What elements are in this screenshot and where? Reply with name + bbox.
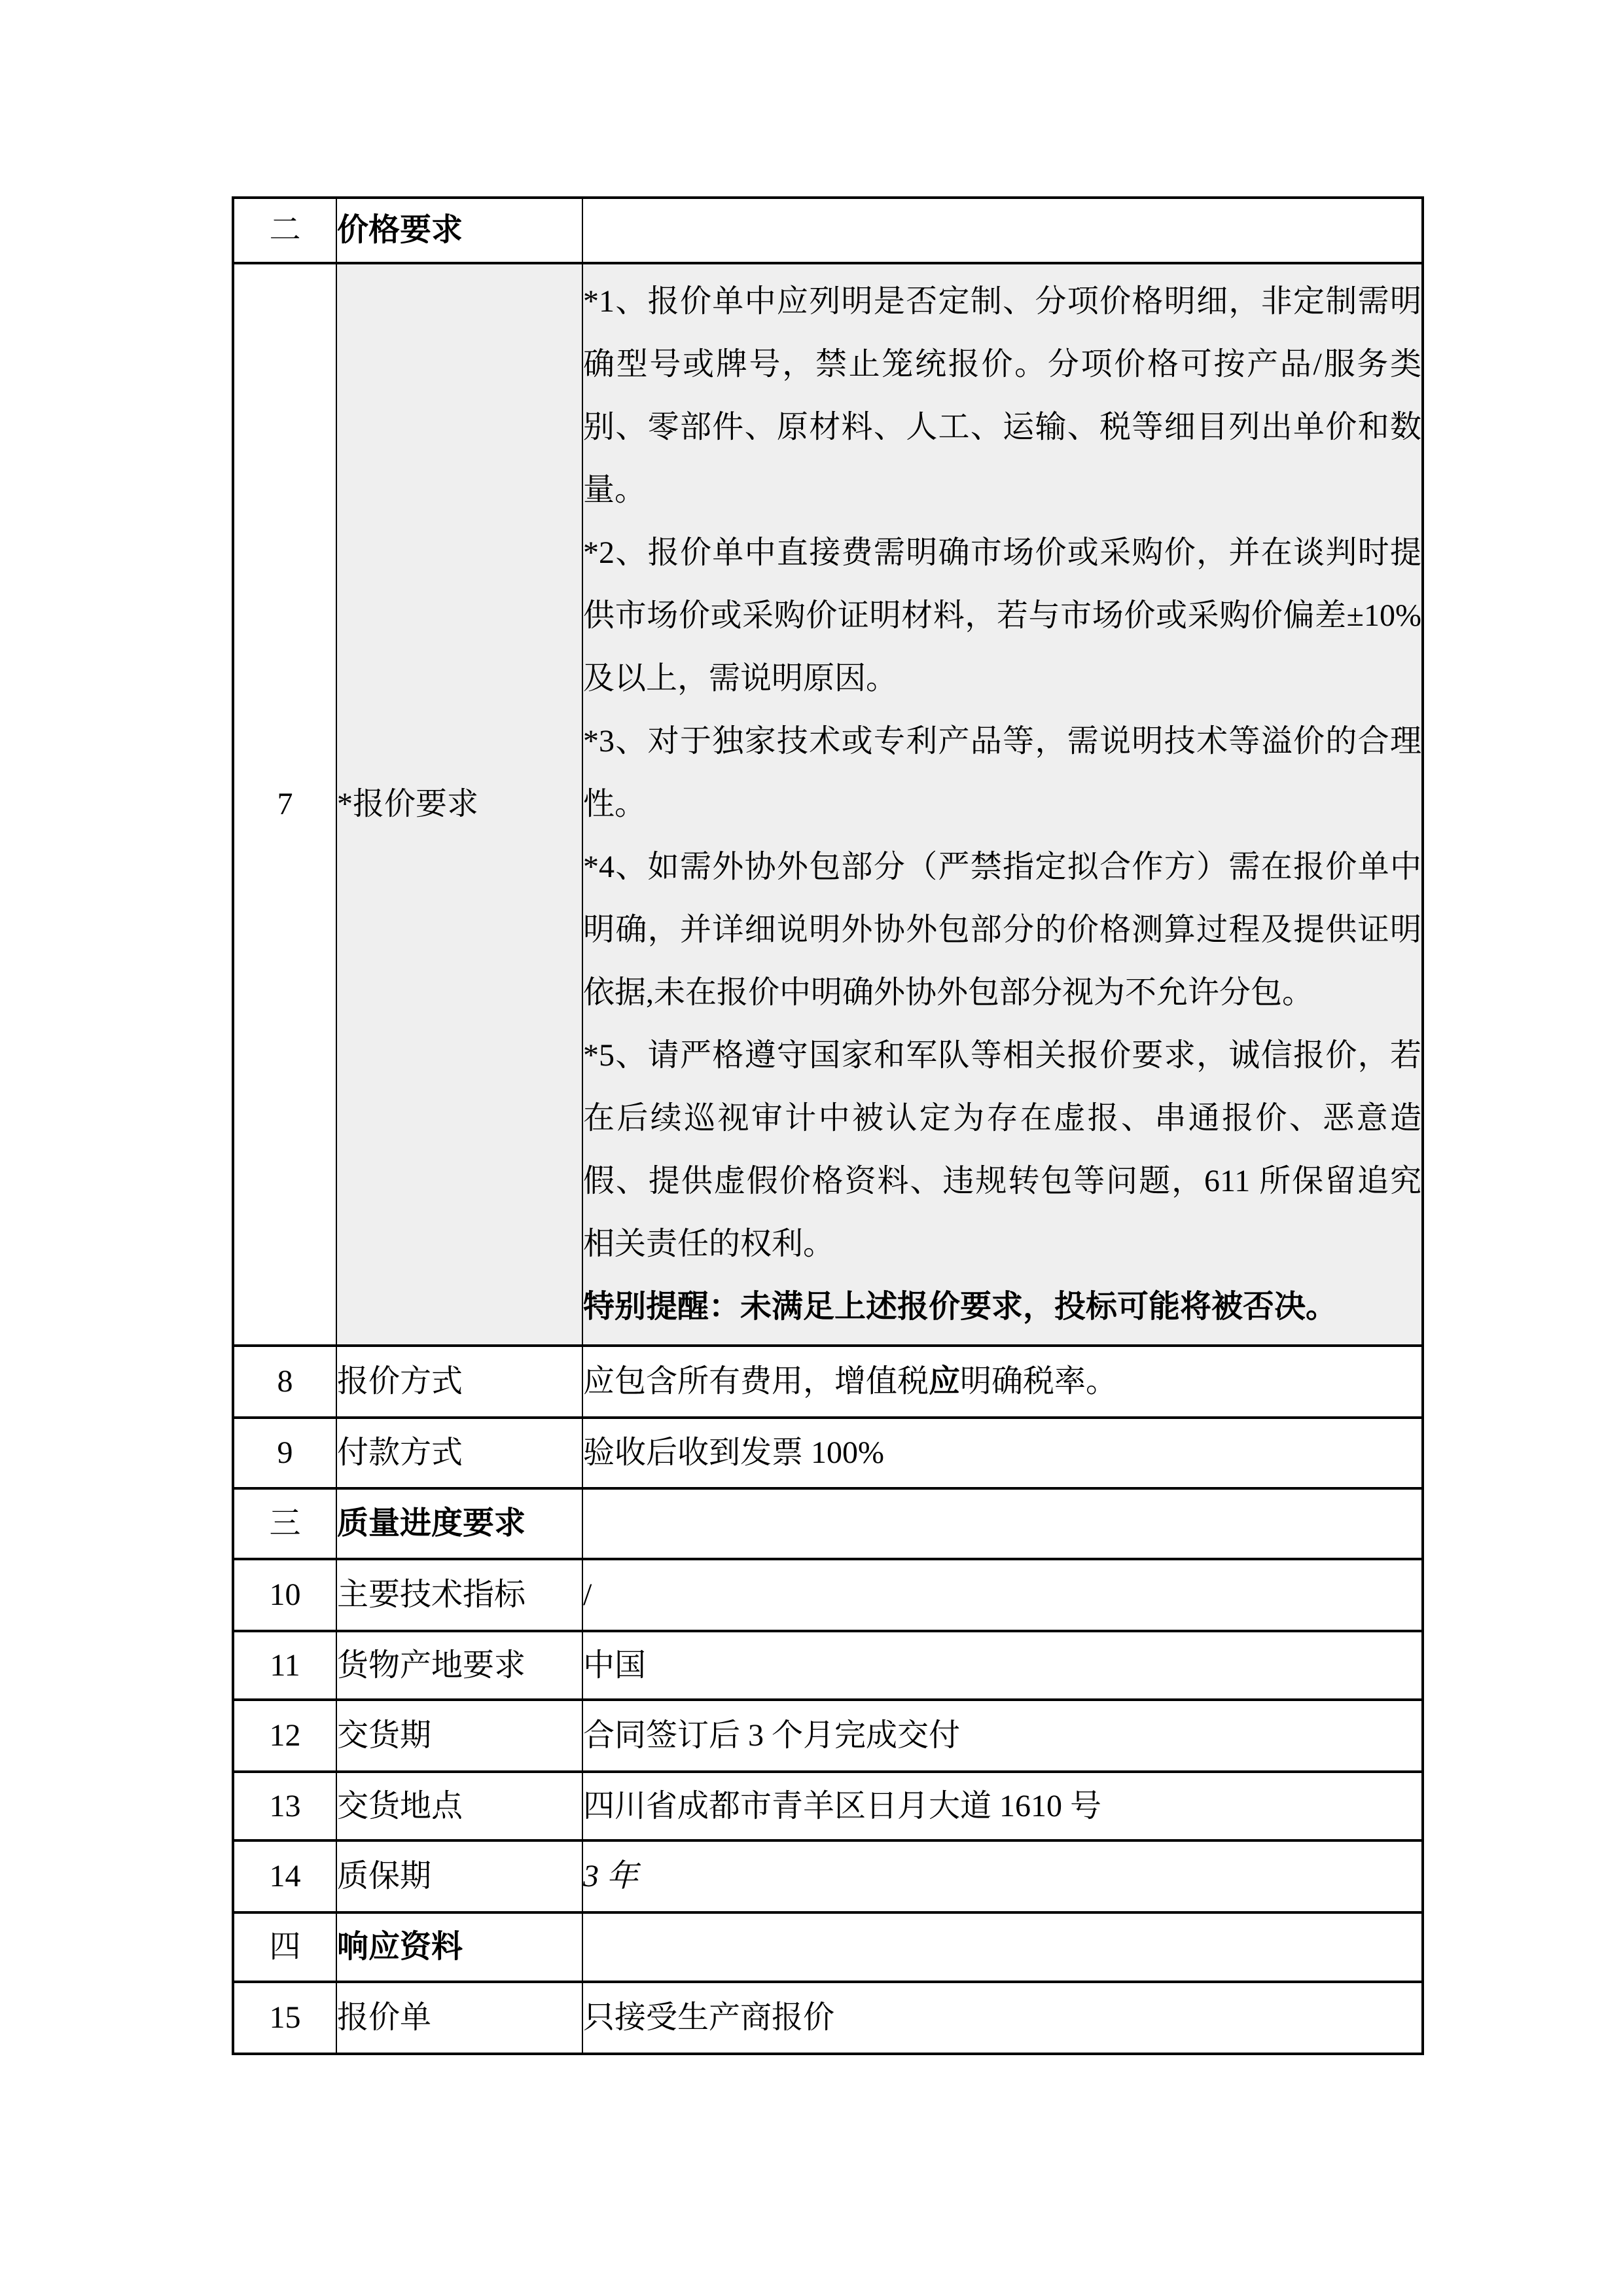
row-number-cell: 四: [233, 1912, 336, 1982]
content-cell: *1、报价单中应列明是否定制、分项价格明细，非定制需明确型号或牌号，禁止笼统报价…: [582, 263, 1423, 1346]
label-cell: 报价方式: [336, 1346, 582, 1418]
label-cell: 交货期: [336, 1700, 582, 1772]
label-cell: 报价单: [336, 1982, 582, 2054]
content-cell: 应包含所有费用，增值税应明确税率。: [582, 1346, 1423, 1418]
row-number-cell: 12: [233, 1700, 336, 1772]
requirement-paragraph: *1、报价单中应列明是否定制、分项价格明细，非定制需明确型号或牌号，禁止笼统报价…: [583, 270, 1421, 522]
row-number-cell: 11: [233, 1631, 336, 1700]
table-row-section-3: 三 质量进度要求: [233, 1488, 1423, 1559]
content-cell: 只接受生产商报价: [582, 1982, 1423, 2054]
table-row-section-2: 二 价格要求: [233, 198, 1423, 263]
content-cell: [582, 1912, 1423, 1982]
content-cell: [582, 1488, 1423, 1559]
row-number-cell: 三: [233, 1488, 336, 1559]
requirements-table: 二 价格要求 7 *报价要求 *1、报价单中应列明是否定制、分项价格明细，非定制…: [232, 196, 1424, 2055]
content-cell: 四川省成都市青羊区日月大道 1610 号: [582, 1772, 1423, 1840]
content-text-bold: 应: [929, 1364, 960, 1399]
row-number-cell: 8: [233, 1346, 336, 1418]
label-cell: 主要技术指标: [336, 1559, 582, 1631]
requirement-paragraph: *2、报价单中直接费需明确市场价或采购价，并在谈判时提供市场价或采购价证明材料，…: [583, 522, 1421, 710]
table-row-8: 8 报价方式 应包含所有费用，增值税应明确税率。: [233, 1346, 1423, 1418]
requirement-paragraph: *4、如需外协外包部分（严禁指定拟合作方）需在报价单中明确，并详细说明外协外包部…: [583, 836, 1421, 1024]
label-cell: 质量进度要求: [336, 1488, 582, 1559]
label-cell: 价格要求: [336, 198, 582, 263]
label-cell: 响应资料: [336, 1912, 582, 1982]
requirement-paragraph: *5、请严格遵守国家和军队等相关报价要求，诚信报价，若在后续巡视审计中被认定为存…: [583, 1024, 1421, 1276]
label-cell: *报价要求: [336, 263, 582, 1346]
table-row-15: 15 报价单 只接受生产商报价: [233, 1982, 1423, 2054]
content-cell: /: [582, 1559, 1423, 1631]
document-page: 二 价格要求 7 *报价要求 *1、报价单中应列明是否定制、分项价格明细，非定制…: [0, 0, 1623, 2296]
content-cell: 合同签订后 3 个月完成交付: [582, 1700, 1423, 1772]
requirement-paragraph: *3、对于独家技术或专利产品等，需说明技术等溢价的合理性。: [583, 710, 1421, 836]
label-cell: 货物产地要求: [336, 1631, 582, 1700]
row-number-cell: 15: [233, 1982, 336, 2054]
row-number-cell: 10: [233, 1559, 336, 1631]
table-row-13: 13 交货地点 四川省成都市青羊区日月大道 1610 号: [233, 1772, 1423, 1840]
table-row-10: 10 主要技术指标 /: [233, 1559, 1423, 1631]
label-cell: 质保期: [336, 1840, 582, 1912]
content-text: 应包含所有费用，增值税: [583, 1364, 929, 1399]
content-cell: 3 年: [582, 1840, 1423, 1912]
table-row-12: 12 交货期 合同签订后 3 个月完成交付: [233, 1700, 1423, 1772]
table-row-14: 14 质保期 3 年: [233, 1840, 1423, 1912]
row-number-cell: 二: [233, 198, 336, 263]
row-number-cell: 14: [233, 1840, 336, 1912]
table-row-7: 7 *报价要求 *1、报价单中应列明是否定制、分项价格明细，非定制需明确型号或牌…: [233, 263, 1423, 1346]
row-number-cell: 7: [233, 263, 336, 1346]
content-cell: 中国: [582, 1631, 1423, 1700]
table-row-9: 9 付款方式 验收后收到发票 100%: [233, 1418, 1423, 1488]
row-number-cell: 13: [233, 1772, 336, 1840]
content-cell: [582, 198, 1423, 263]
label-cell: 付款方式: [336, 1418, 582, 1488]
table-row-section-4: 四 响应资料: [233, 1912, 1423, 1982]
alert-text: 特别提醒：未满足上述报价要求，投标可能将被否决。: [583, 1276, 1421, 1338]
content-text: 明确税率。: [960, 1364, 1117, 1399]
table-row-11: 11 货物产地要求 中国: [233, 1631, 1423, 1700]
content-cell: 验收后收到发票 100%: [582, 1418, 1423, 1488]
label-cell: 交货地点: [336, 1772, 582, 1840]
row-number-cell: 9: [233, 1418, 336, 1488]
